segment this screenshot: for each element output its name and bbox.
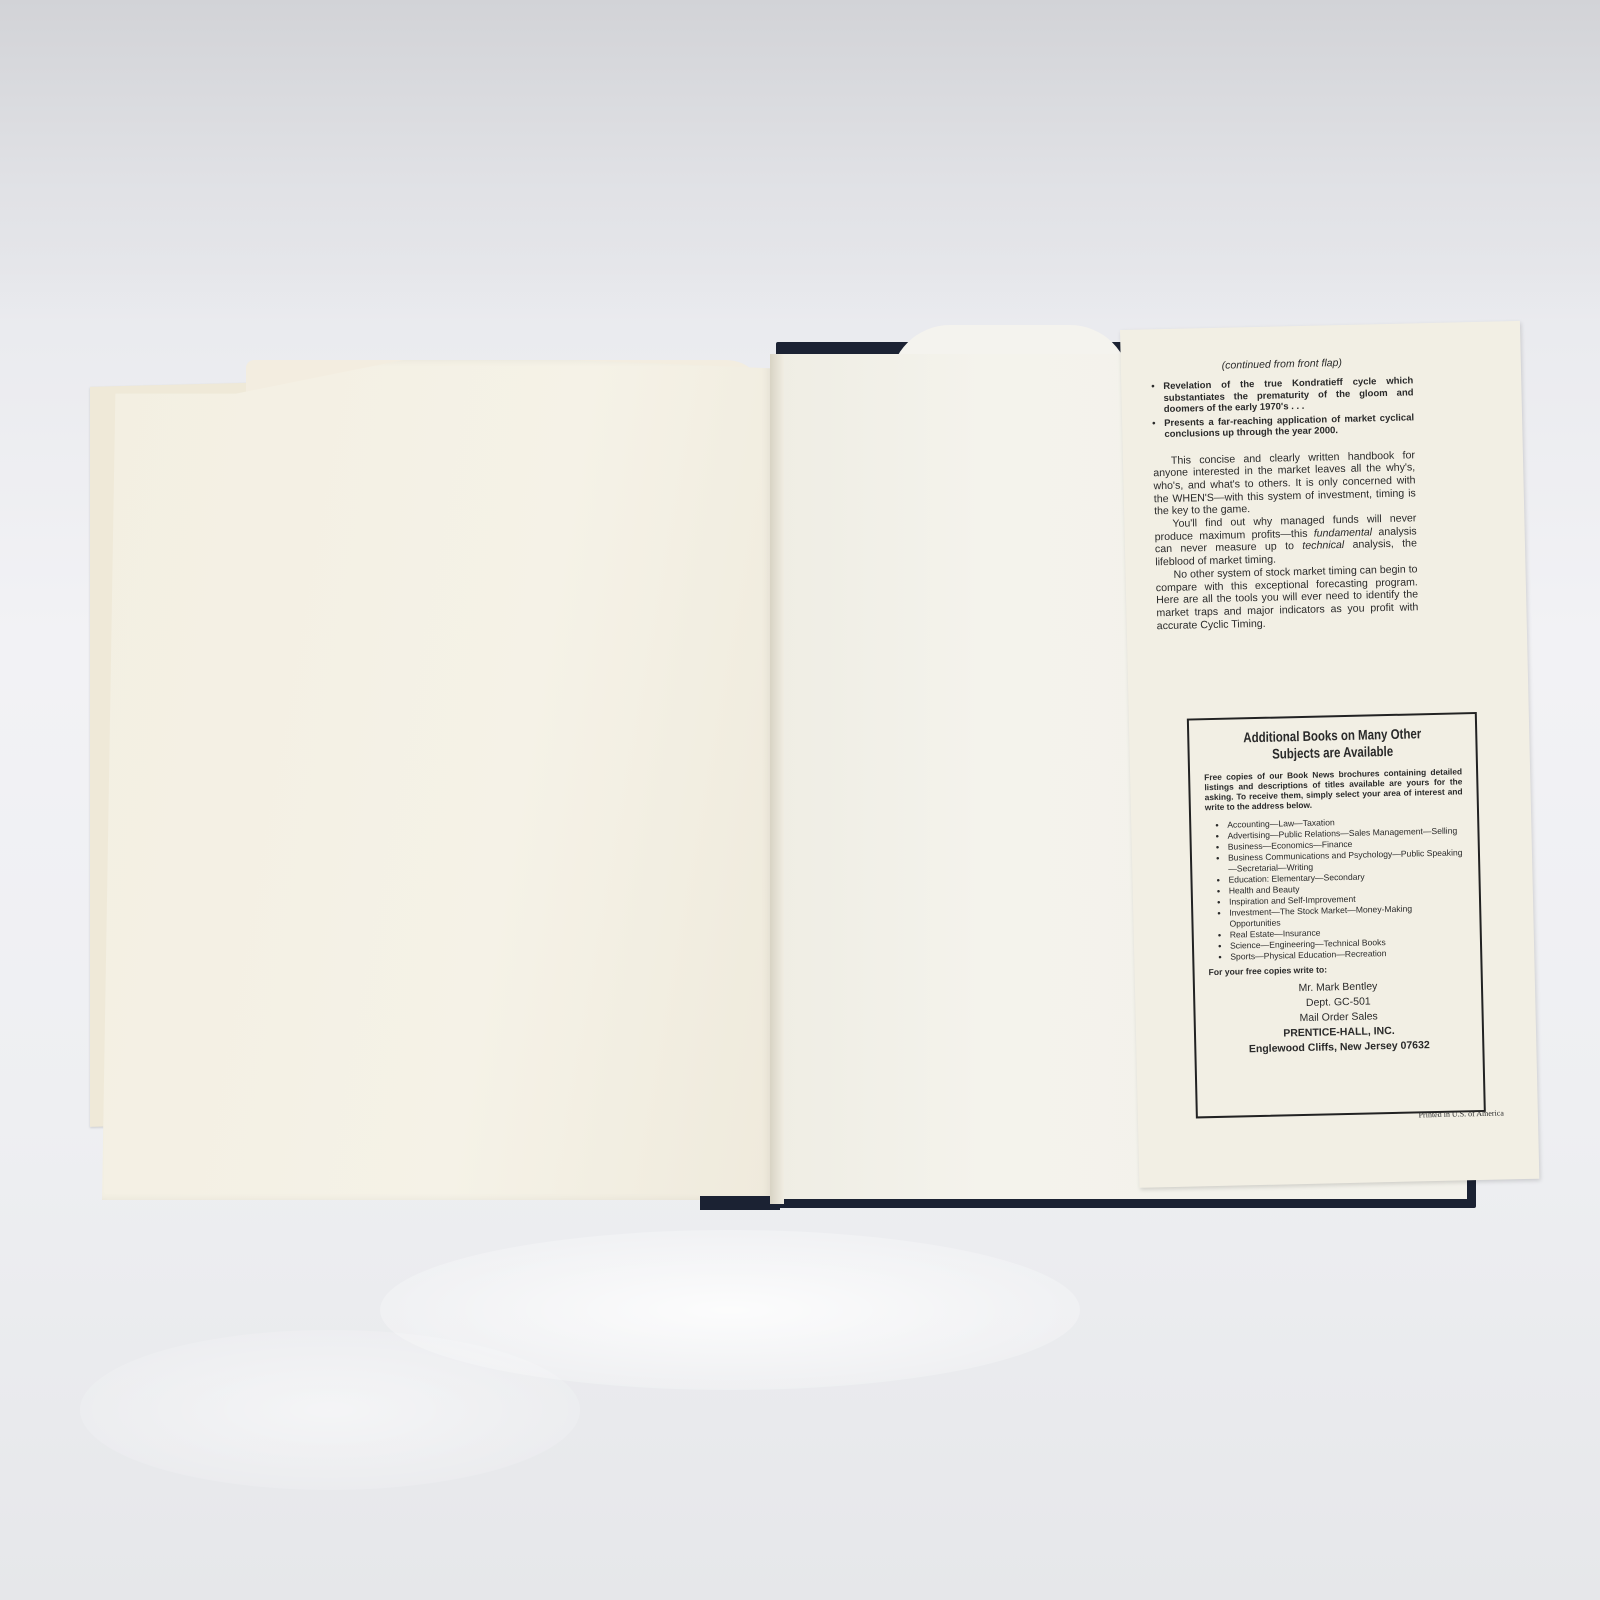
printed-in-note: Printed in U.S. of America bbox=[1418, 1108, 1504, 1119]
additional-books-box: Additional Books on Many Other Subjects … bbox=[1187, 712, 1486, 1118]
feature-bullets: Revelation of the true Kondratieff cycle… bbox=[1151, 375, 1414, 440]
continued-note: (continued from front flap) bbox=[1151, 355, 1413, 373]
background-wall bbox=[0, 0, 1600, 320]
paragraph-2: You'll find out why managed funds will n… bbox=[1154, 512, 1417, 569]
spine-bottom bbox=[700, 1196, 780, 1210]
ad-intro: Free copies of our Book News brochures c… bbox=[1204, 766, 1463, 812]
book-gutter bbox=[770, 354, 784, 1204]
subject-list: Accounting—Law—Taxation Advertising—Publ… bbox=[1215, 814, 1466, 963]
table-glare-2 bbox=[80, 1330, 580, 1490]
italic-span: technical bbox=[1302, 539, 1344, 552]
bullet-item: Presents a far-reaching application of m… bbox=[1152, 412, 1414, 441]
bullet-item: Revelation of the true Kondratieff cycle… bbox=[1151, 375, 1414, 415]
write-to-label: For your free copies write to: bbox=[1208, 961, 1466, 977]
left-endpaper bbox=[102, 360, 772, 1200]
paragraph-3: No other system of stock market timing c… bbox=[1155, 563, 1418, 632]
italic-span: fundamental bbox=[1314, 526, 1373, 539]
mailing-address: Mr. Mark Bentley Dept. GC-501 Mail Order… bbox=[1209, 977, 1469, 1058]
ad-title: Additional Books on Many Other Subjects … bbox=[1226, 725, 1438, 764]
paragraph-1: This concise and clearly written handboo… bbox=[1153, 449, 1416, 518]
flap-text-block: (continued from front flap) Revelation o… bbox=[1151, 355, 1419, 632]
dust-jacket-flap: (continued from front flap) Revelation o… bbox=[1120, 321, 1539, 1188]
